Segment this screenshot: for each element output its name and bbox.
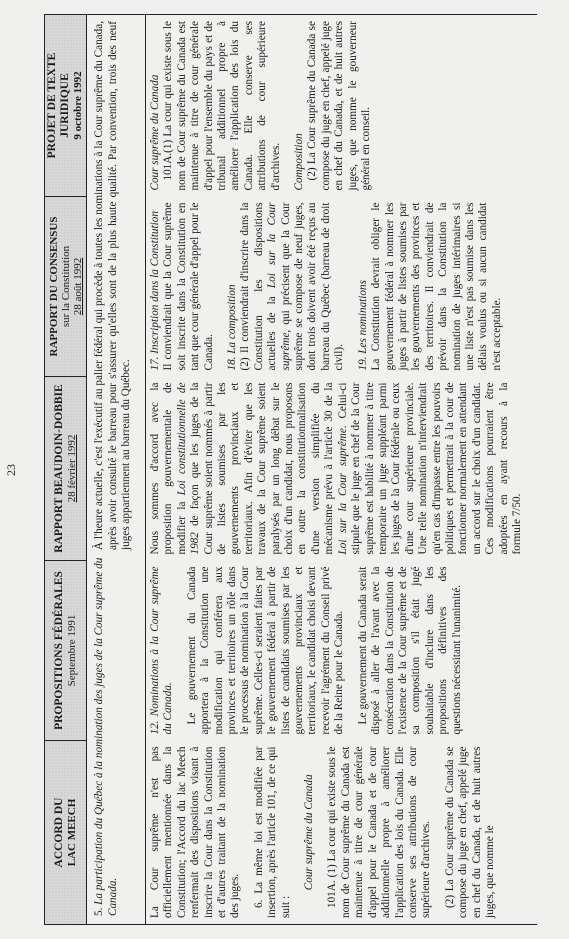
- paragraph: 101A.(1) La cour qui existe sous le nom …: [162, 21, 283, 191]
- topic-label: 5. La participation du Québec à la nomin…: [93, 556, 134, 916]
- paragraph: Il conviendrait que la Cour suprême soit…: [162, 203, 216, 371]
- column-header-legal-text: PROJET DE TEXTE JURIDIQUE 9 octobre 1992: [45, 15, 87, 197]
- column-subtitle: LAC MEECH: [66, 745, 79, 920]
- column-title: ACCORD DU: [53, 798, 65, 868]
- section-heading: 17. Inscription dans la Constitution: [149, 203, 162, 371]
- paragraph: Le gouvernement du Canada serait disposé…: [357, 567, 464, 735]
- page-number: 23: [4, 460, 19, 480]
- column-header-beaudoin-dobbie: RAPPORT BEAUDOIN-DOBBIE 28 février 1992: [45, 377, 87, 561]
- cell-federal-proposals: 12. Nominations à la Cour suprême du Can…: [146, 561, 538, 741]
- column-title: PROJET DE TEXTE JURIDIQUE: [46, 53, 71, 159]
- column-header-consensus-report: RAPPORT DU CONSENSUS sur la Constitution…: [45, 197, 87, 377]
- section-heading: 18. La composition: [226, 203, 239, 371]
- column-header-meech: ACCORD DU LAC MEECH: [45, 741, 87, 925]
- topic-row: 5. La participation du Québec à la nomin…: [87, 15, 146, 925]
- column-subtitle: 28 août 1992: [72, 201, 84, 372]
- paragraph: Nous sommes d'accord avec la proposition…: [149, 383, 524, 555]
- cell-legal-text: Cour suprême du Canada 101A.(1) La cour …: [146, 15, 538, 197]
- document-page: 23 ACCORD DU LAC MEECH PROPOSITIONS FÉDÉ…: [0, 0, 569, 939]
- paragraph: La Constitution devrait obliger le gouve…: [370, 203, 504, 371]
- topic-cell: 5. La participation du Québec à la nomin…: [87, 15, 146, 925]
- paragraph: 6. La même loi est modifiée par insertio…: [253, 747, 293, 919]
- section-heading: Cour suprême du Canada: [149, 21, 162, 191]
- section-heading: 12. Nominations à la Cour suprême du Can…: [149, 567, 176, 735]
- column-title: RAPPORT DU CONSENSUS: [48, 217, 60, 357]
- law-title: Loi sur la Cour suprême: [337, 428, 349, 554]
- column-subtitle: 9 octobre 1992: [72, 19, 85, 192]
- cell-consensus-report: 17. Inscription dans la Constitution Il …: [146, 197, 538, 377]
- section-heading: Composition: [293, 21, 306, 191]
- paragraph: La Cour suprême n'est pas officiellement…: [149, 747, 243, 919]
- cell-beaudoin-dobbie: Nous sommes d'accord avec la proposition…: [146, 377, 538, 561]
- column-subtitle: 28 février 1992: [66, 381, 79, 556]
- topic-summary: À l'heure actuelle, c'est l'exécutif au …: [93, 21, 134, 556]
- paragraph: 101A. (1) La cour qui existe sous le nom…: [326, 747, 433, 919]
- cell-meech: La Cour suprême n'est pas officiellement…: [146, 741, 538, 925]
- content-row: La Cour suprême n'est pas officiellement…: [146, 15, 538, 925]
- paragraph: (2) Il conviendrait d'inscrire dans la C…: [239, 203, 346, 371]
- column-subtitle: Septembre 1991: [66, 565, 79, 736]
- paragraph: (2) La Cour suprême du Canada se compose…: [444, 747, 498, 919]
- header-row: ACCORD DU LAC MEECH PROPOSITIONS FÉDÉRAL…: [45, 15, 87, 925]
- text-run: . Celui-ci stipule que le juge en chef d…: [337, 383, 523, 555]
- column-title: RAPPORT BEAUDOIN-DOBBIE: [53, 384, 65, 552]
- heading-text: Nominations à la Cour suprême du Canada.: [149, 567, 174, 735]
- paragraph: (2) La Cour suprême du Canada se compose…: [306, 21, 373, 191]
- column-header-federal-proposals: PROPOSITIONS FÉDÉRALES Septembre 1991: [45, 561, 87, 741]
- heading-number: 12.: [149, 721, 161, 735]
- column-subtitle-2: sur la Constitution: [60, 201, 72, 372]
- paragraph: Le gouvernement du Canada apportera à la…: [186, 567, 347, 735]
- column-title: PROPOSITIONS FÉDÉRALES: [53, 571, 65, 730]
- comparison-table: ACCORD DU LAC MEECH PROPOSITIONS FÉDÉRAL…: [44, 14, 537, 925]
- text-run: de façon que les juges de la Cour suprêm…: [189, 383, 335, 555]
- section-heading: 19. Les nominations: [357, 203, 370, 371]
- topic-number: 5.: [93, 908, 105, 916]
- section-heading: Cour suprême du Canada: [303, 747, 316, 919]
- topic-title: La participation du Québec à la nominati…: [93, 558, 119, 916]
